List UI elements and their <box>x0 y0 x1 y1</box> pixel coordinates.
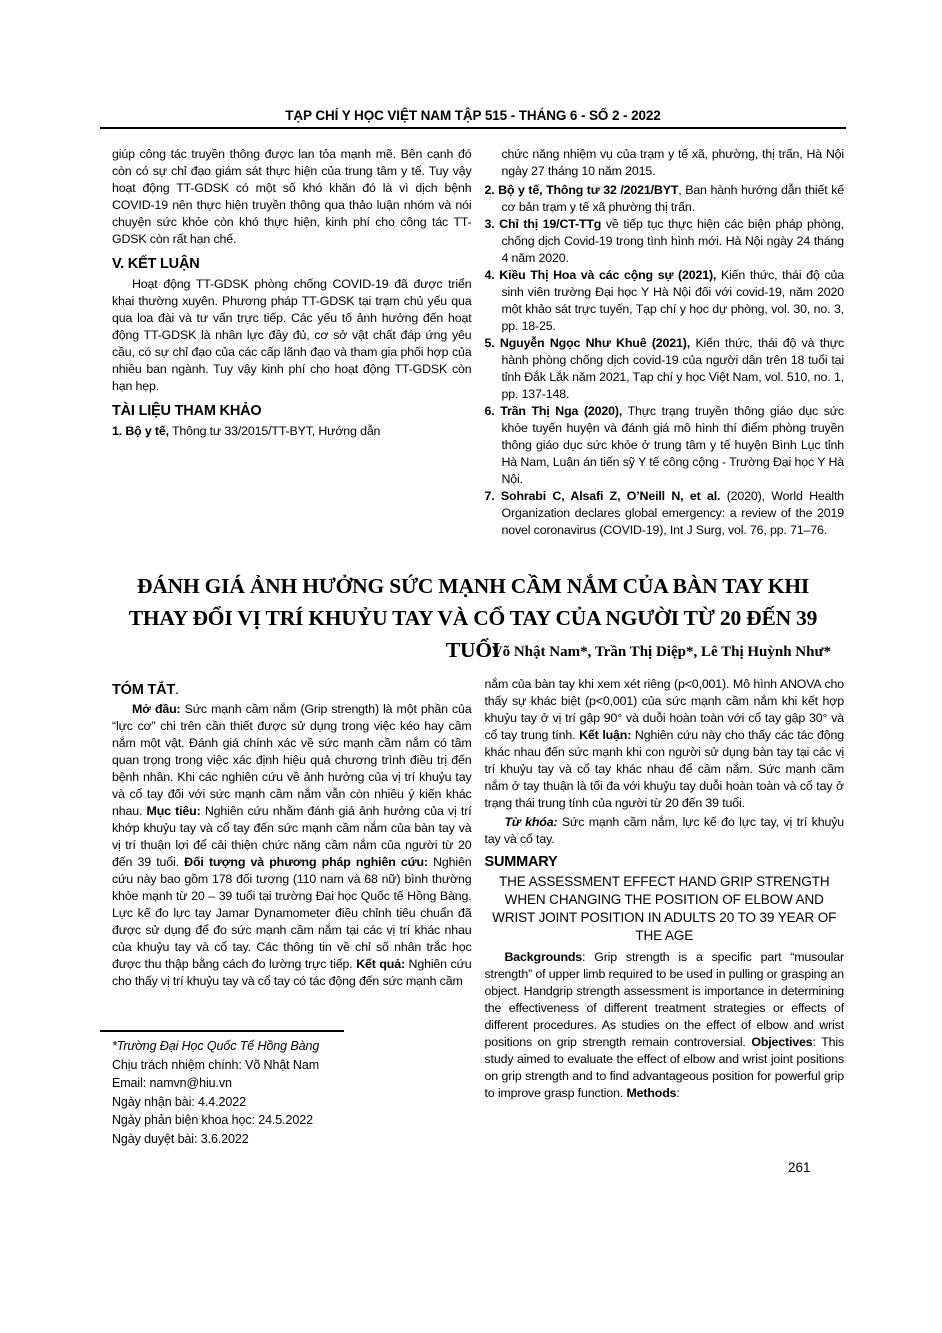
reference-text: Thông tư 33/2015/TT-BYT, Hướng dẫn <box>169 424 380 438</box>
reference-item: 2. Bộ y tế, Thông tư 32 /2021/BYT, Ban h… <box>485 182 845 216</box>
journal-header-title: TẠP CHÍ Y HỌC VIỆT NAM TẬP 515 - THÁNG 6… <box>285 108 660 123</box>
label-methods: Methods <box>626 1086 676 1100</box>
footnote-affiliation: *Trường Đại Học Quốc Tế Hồng Bàng <box>112 1037 475 1056</box>
reference-item: 5. Nguyễn Ngọc Như Khuê (2021), Kiến thứ… <box>485 335 845 403</box>
reference-item: 1. Bộ y tế, Thông tư 33/2015/TT-BYT, Hướ… <box>112 423 472 440</box>
references-heading: TÀI LIỆU THAM KHẢO <box>112 403 472 420</box>
conclusion-paragraph: Hoạt động TT-GDSK phòng chống COVID-19 đ… <box>112 276 472 395</box>
footnote: *Trường Đại Học Quốc Tế Hồng Bàng Chịu t… <box>100 1030 475 1148</box>
abstract-heading-text: TÓM TẮT <box>112 682 175 698</box>
previous-article-section: giúp công tác truyền thông được lan tỏa … <box>112 146 844 539</box>
reference-authors: 7. Sohrabi C, Alsafi Z, O’Neill N, et al… <box>485 489 721 503</box>
label-ket-luan: Kết luận: <box>579 728 631 742</box>
summary-title: THE ASSESSMENT EFFECT HAND GRIP STRENGTH… <box>485 873 845 945</box>
label-doi-tuong: Đối tượng và phương pháp nghiên cứu: <box>184 855 428 869</box>
keywords-paragraph: Từ khóa: Sức mạnh cầm nắm, lực kế đo lực… <box>485 814 845 848</box>
column-left: TÓM TẮT. Mở đầu: Sức mạnh cầm nắm (Grip … <box>112 676 472 1028</box>
reference-authors: 3. Chỉ thị 19/CT-TTg <box>485 217 602 231</box>
footnote-review-date: Ngày phản biện khoa học: 24.5.2022 <box>112 1111 475 1130</box>
page-header: TẠP CHÍ Y HỌC VIỆT NAM TẬP 515 - THÁNG 6… <box>100 108 846 129</box>
reference-item: 3. Chỉ thị 19/CT-TTg về tiếp tục thực hi… <box>485 216 845 267</box>
label-objectives: Objectives <box>751 1035 812 1049</box>
abstract-paragraph: Mở đầu: Sức mạnh cầm nắm (Grip strength)… <box>112 701 472 990</box>
text-mo-dau: Sức mạnh cầm nắm (Grip strength) là một … <box>112 702 472 818</box>
reference-continuation: chức năng nhiệm vụ của trạm y tế xã, phư… <box>502 146 845 180</box>
conclusion-heading: V. KẾT LUẬN <box>112 256 472 273</box>
footnote-responsible: Chịu trách nhiệm chính: Võ Nhật Nam <box>112 1056 475 1075</box>
text-doi-tuong: Nghiên cứu này bao gồm 178 đối tượng (11… <box>112 855 472 971</box>
abstract-heading-dot: . <box>175 682 179 698</box>
page-number: 261 <box>788 1160 811 1175</box>
reference-item: 7. Sohrabi C, Alsafi Z, O’Neill N, et al… <box>485 488 845 539</box>
column-left: giúp công tác truyền thông được lan tỏa … <box>112 146 472 539</box>
article-title-line1: ĐÁNH GIÁ ẢNH HƯỞNG SỨC MẠNH CẦM NẮM CỦA … <box>100 570 846 602</box>
article-authors: Võ Nhật Nam*, Trần Thị Diệp*, Lê Thị Huỳ… <box>100 644 846 661</box>
reference-authors: 4. Kiều Thị Hoa và các cộng sự (2021), <box>485 268 717 282</box>
column-right: nắm của bàn tay khi xem xét riêng (p<0,0… <box>485 676 845 1104</box>
footnote-received-date: Ngày nhận bài: 4.4.2022 <box>112 1093 475 1112</box>
label-backgrounds: Backgrounds <box>505 950 583 964</box>
label-ket-qua: Kết quả: <box>356 957 405 971</box>
footnote-divider <box>100 1030 344 1032</box>
label-mo-dau: Mở đầu: <box>132 702 181 716</box>
footnote-email: Email: namvn@hiu.vn <box>112 1074 475 1093</box>
column-right: chức năng nhiệm vụ của trạm y tế xã, phư… <box>485 146 845 539</box>
reference-item: 6. Trần Thị Nga (2020), Thực trạng truyề… <box>485 403 845 488</box>
reference-authors: 6. Trần Thị Nga (2020), <box>485 404 623 418</box>
summary-heading: SUMMARY <box>485 854 845 871</box>
closing-paragraph: giúp công tác truyền thông được lan tỏa … <box>112 146 472 248</box>
footnote-accepted-date: Ngày duyệt bài: 3.6.2022 <box>112 1130 475 1149</box>
abstract-continuation: nắm của bàn tay khi xem xét riêng (p<0,0… <box>485 676 845 812</box>
reference-authors: 5. Nguyễn Ngọc Như Khuê (2021), <box>485 336 691 350</box>
abstract-heading: TÓM TẮT. <box>112 682 472 699</box>
text-methods: : <box>676 1086 679 1100</box>
summary-paragraph: Backgrounds: Grip strength is a specific… <box>485 949 845 1102</box>
label-tu-khoa: Từ khóa: <box>505 815 558 829</box>
reference-authors: 2. Bộ y tế, Thông tư 32 /2021/BYT <box>485 183 679 197</box>
journal-page: TẠP CHÍ Y HỌC VIỆT NAM TẬP 515 - THÁNG 6… <box>0 0 942 1333</box>
reference-item: 4. Kiều Thị Hoa và các cộng sự (2021), K… <box>485 267 845 335</box>
reference-authors: 1. Bộ y tế, <box>112 424 169 438</box>
label-muc-tieu: Mục tiêu: <box>147 804 201 818</box>
